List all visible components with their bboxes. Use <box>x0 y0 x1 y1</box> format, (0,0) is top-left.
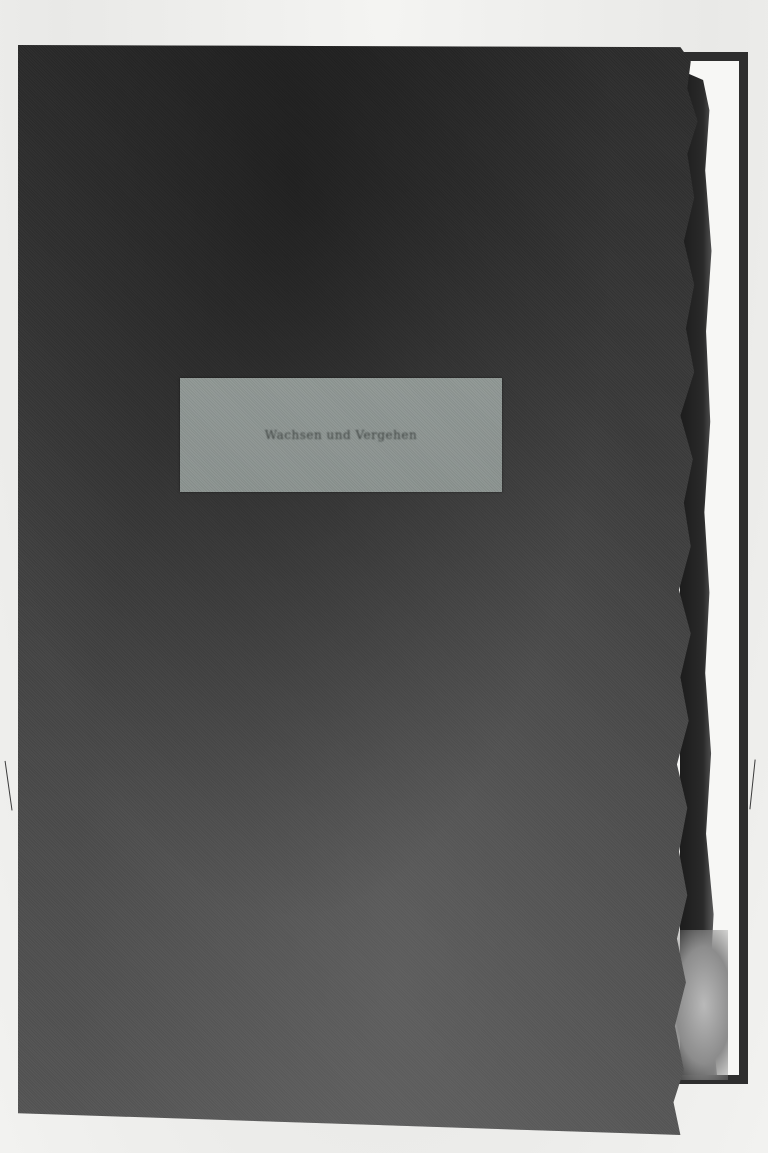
book-cover <box>18 45 708 1135</box>
photo-scene: Wachsen und Vergehen <box>0 0 768 1153</box>
cover-label-text: Wachsen und Vergehen <box>265 428 417 442</box>
cover-label: Wachsen und Vergehen <box>180 378 502 492</box>
